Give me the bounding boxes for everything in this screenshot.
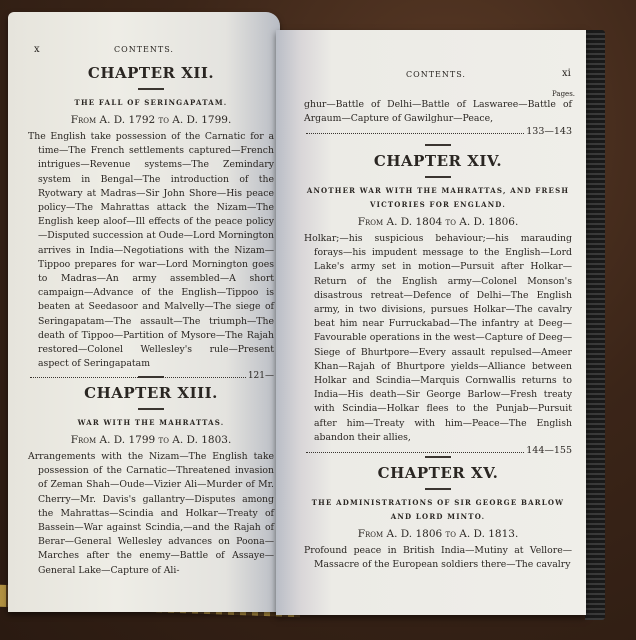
chapter-title: CHAPTER XII. [28, 64, 274, 82]
chapter-xv: CHAPTER XV. THE ADMINISTRATIONS OF SIR G… [304, 450, 572, 572]
chapter-subtitle: WAR WITH THE MAHRATTAS. [28, 416, 274, 430]
chapter-dates: From A. D. 1804 to A. D. 1806. [304, 216, 572, 228]
page-range: 133—143 [304, 126, 572, 137]
chapter-title: CHAPTER XIII. [28, 384, 274, 402]
pages-column-label: Pages. [552, 90, 575, 98]
chapter-subtitle-line1: ANOTHER WAR WITH THE MAHRATTAS, AND FRES… [304, 184, 572, 198]
chapter-summary: Arrangements with the Nizam—The English … [28, 450, 274, 578]
left-page: x CONTENTS. CHAPTER XII. THE FALL OF SER… [8, 12, 280, 612]
divider [425, 144, 451, 146]
chapter-subtitle-line2: VICTORIES FOR ENGLAND. [304, 198, 572, 212]
page-number: xi [562, 68, 571, 79]
chapter-summary: Profound peace in British India—Mutiny a… [304, 544, 572, 572]
running-head: CONTENTS. [336, 70, 536, 79]
chapter-dates: From A. D. 1792 to A. D. 1799. [28, 114, 274, 126]
running-head: CONTENTS. [8, 45, 280, 54]
divider [138, 376, 164, 378]
chapter-summary: ghur—Battle of Delhi—Battle of Laswaree—… [304, 98, 572, 126]
chapter-subtitle-line2: AND LORD MINTO. [304, 510, 572, 524]
chapter-subtitle: THE FALL OF SERINGAPATAM. [28, 96, 274, 110]
chapter-xiv: CHAPTER XIV. ANOTHER WAR WITH THE MAHRAT… [304, 138, 572, 456]
divider [138, 408, 164, 410]
book-cover-edge [585, 30, 605, 620]
chapter-summary: Holkar;—his suspicious behaviour;—his ma… [304, 232, 572, 445]
divider [138, 88, 164, 90]
right-page: CONTENTS. xi Pages. ghur—Battle of Delhi… [276, 30, 586, 615]
chapter-xii: CHAPTER XII. THE FALL OF SERINGAPATAM. F… [28, 64, 274, 381]
divider [425, 488, 451, 490]
chapter-subtitle-line1: THE ADMINISTRATIONS OF SIR GEORGE BARLOW [304, 496, 572, 510]
chapter-dates: From A. D. 1806 to A. D. 1813. [304, 528, 572, 540]
divider [425, 176, 451, 178]
divider [425, 456, 451, 458]
chapter-xiii-continuation: ghur—Battle of Delhi—Battle of Laswaree—… [304, 98, 572, 137]
chapter-summary: The English take possession of the Carna… [28, 130, 274, 371]
dot-leader [306, 133, 524, 134]
chapter-title: CHAPTER XV. [304, 464, 572, 482]
chapter-xiii: CHAPTER XIII. WAR WITH THE MAHRATTAS. Fr… [28, 370, 274, 578]
chapter-dates: From A. D. 1799 to A. D. 1803. [28, 434, 274, 446]
chapter-title: CHAPTER XIV. [304, 152, 572, 170]
